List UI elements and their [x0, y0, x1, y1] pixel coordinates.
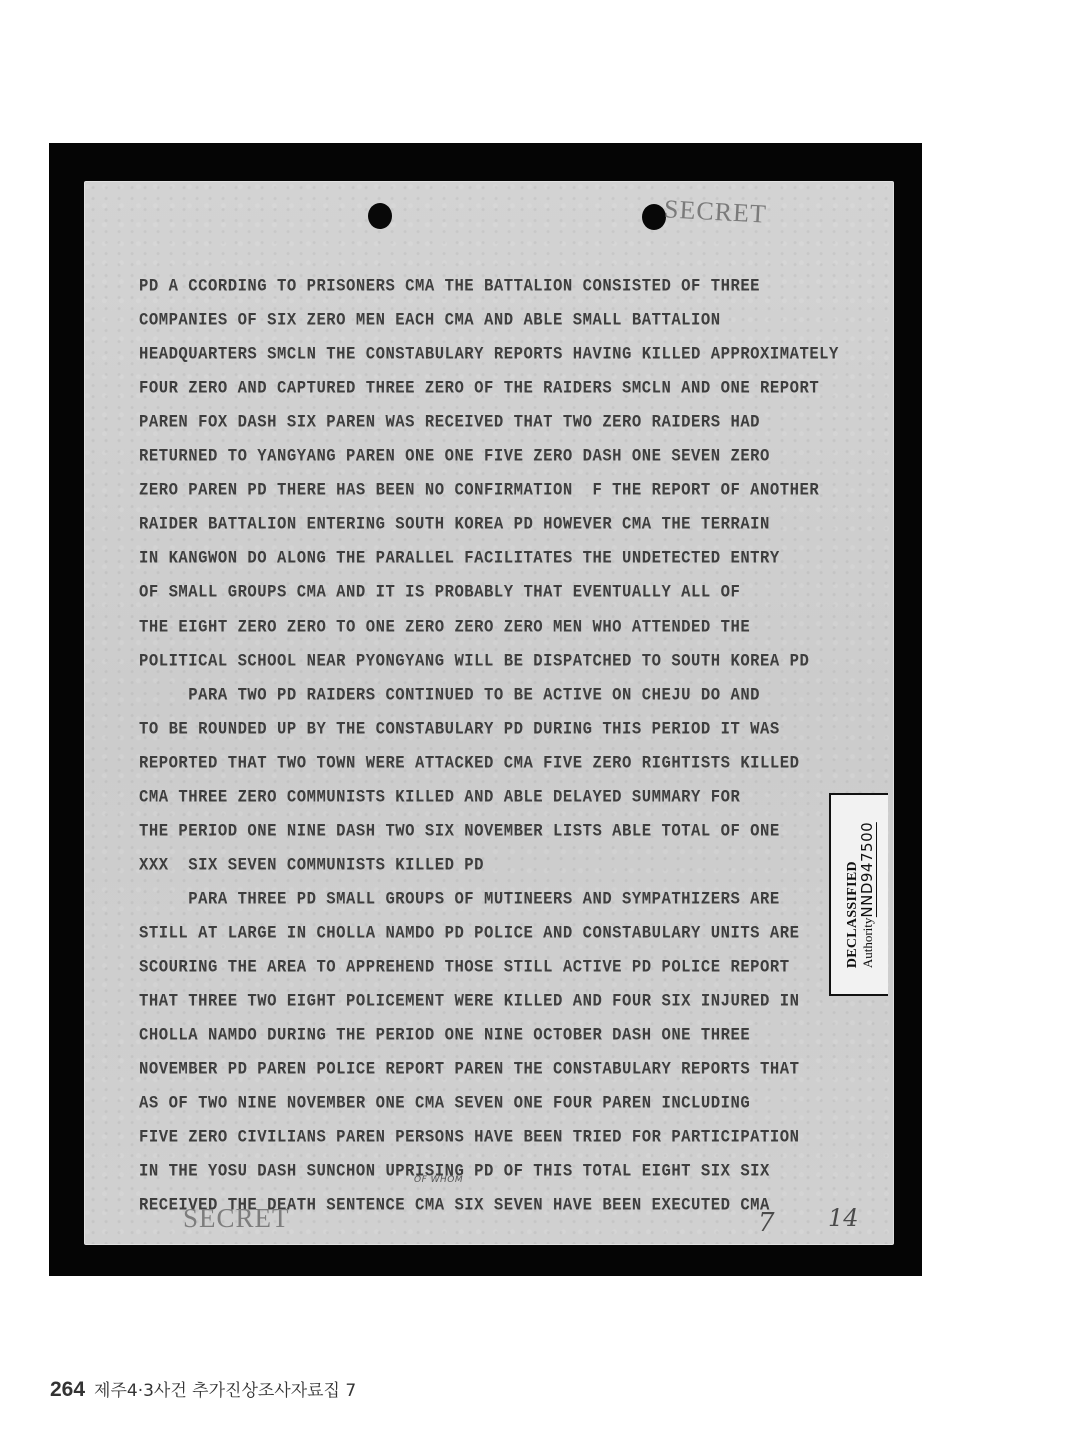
typed-line: REPORTED THAT TWO TOWN WERE ATTACKED CMA… — [139, 753, 799, 773]
secret-stamp-bottom: SECRET — [183, 1203, 290, 1234]
typed-line: XXX SIX SEVEN COMMUNISTS KILLED PD — [139, 855, 484, 875]
declassified-authority: AuthorityNND947500 — [860, 821, 875, 967]
document-page — [84, 181, 894, 1245]
typed-line: NOVEMBER PD PAREN POLICE REPORT PAREN TH… — [139, 1059, 799, 1079]
typed-line: RAIDER BATTALION ENTERING SOUTH KOREA PD… — [139, 514, 770, 534]
typed-line: THAT THREE TWO EIGHT POLICEMENT WERE KIL… — [139, 991, 799, 1011]
secret-stamp-top: SECRET — [663, 194, 767, 229]
page-number: 264 — [50, 1378, 85, 1402]
punch-hole-left — [368, 203, 392, 229]
page-footer: 264 제주4·3사건 추가진상조사자료집 7 — [50, 1376, 356, 1402]
typed-line: THE PERIOD ONE NINE DASH TWO SIX NOVEMBE… — [139, 821, 780, 841]
typed-line: SCOURING THE AREA TO APPREHEND THOSE STI… — [139, 957, 790, 977]
typed-line: PARA TWO PD RAIDERS CONTINUED TO BE ACTI… — [139, 685, 760, 705]
typed-line: OF SMALL GROUPS CMA AND IT IS PROBABLY T… — [139, 582, 740, 602]
typed-line: COMPANIES OF SIX ZERO MEN EACH CMA AND A… — [139, 310, 721, 330]
typed-line: PAREN FOX DASH SIX PAREN WAS RECEIVED TH… — [139, 412, 760, 432]
declassified-stamp: DECLASSIFIED AuthorityNND947500 — [829, 793, 888, 996]
handwritten-page-mark-1: 7 — [758, 1208, 775, 1238]
handwritten-page-mark-2: 14 — [828, 1204, 859, 1232]
typed-line: POLITICAL SCHOOL NEAR PYONGYANG WILL BE … — [139, 650, 809, 670]
authority-number: NND947500 — [858, 821, 877, 917]
typed-line: PD A CCORDING TO PRISONERS CMA THE BATTA… — [139, 276, 760, 296]
typed-line: HEADQUARTERS SMCLN THE CONSTABULARY REPO… — [139, 344, 839, 364]
typed-line: CMA THREE ZERO COMMUNISTS KILLED AND ABL… — [139, 787, 740, 807]
punch-hole-right — [642, 204, 666, 230]
handwritten-insert: OF WHOM — [414, 1175, 463, 1185]
typed-line: TO BE ROUNDED UP BY THE CONSTABULARY PD … — [139, 719, 780, 739]
typed-line: RETURNED TO YANGYANG PAREN ONE ONE FIVE … — [139, 446, 770, 466]
typed-line: FIVE ZERO CIVILIANS PAREN PERSONS HAVE B… — [139, 1127, 799, 1147]
typed-line: CHOLLA NAMDO DURING THE PERIOD ONE NINE … — [139, 1025, 750, 1045]
typed-line: PARA THREE PD SMALL GROUPS OF MUTINEERS … — [139, 889, 780, 909]
typed-line: THE EIGHT ZERO ZERO TO ONE ZERO ZERO ZER… — [139, 616, 750, 636]
typed-line: IN KANGWON DO ALONG THE PARALLEL FACILIT… — [139, 548, 780, 568]
typed-line: FOUR ZERO AND CAPTURED THREE ZERO OF THE… — [139, 378, 819, 398]
book-title: 제주4·3사건 추가진상조사자료집 7 — [94, 1376, 356, 1401]
typed-line: AS OF TWO NINE NOVEMBER ONE CMA SEVEN ON… — [139, 1093, 750, 1113]
typed-line: STILL AT LARGE IN CHOLLA NAMDO PD POLICE… — [139, 923, 799, 943]
authority-label: Authority — [860, 917, 875, 968]
typed-line: ZERO PAREN PD THERE HAS BEEN NO CONFIRMA… — [139, 480, 819, 500]
